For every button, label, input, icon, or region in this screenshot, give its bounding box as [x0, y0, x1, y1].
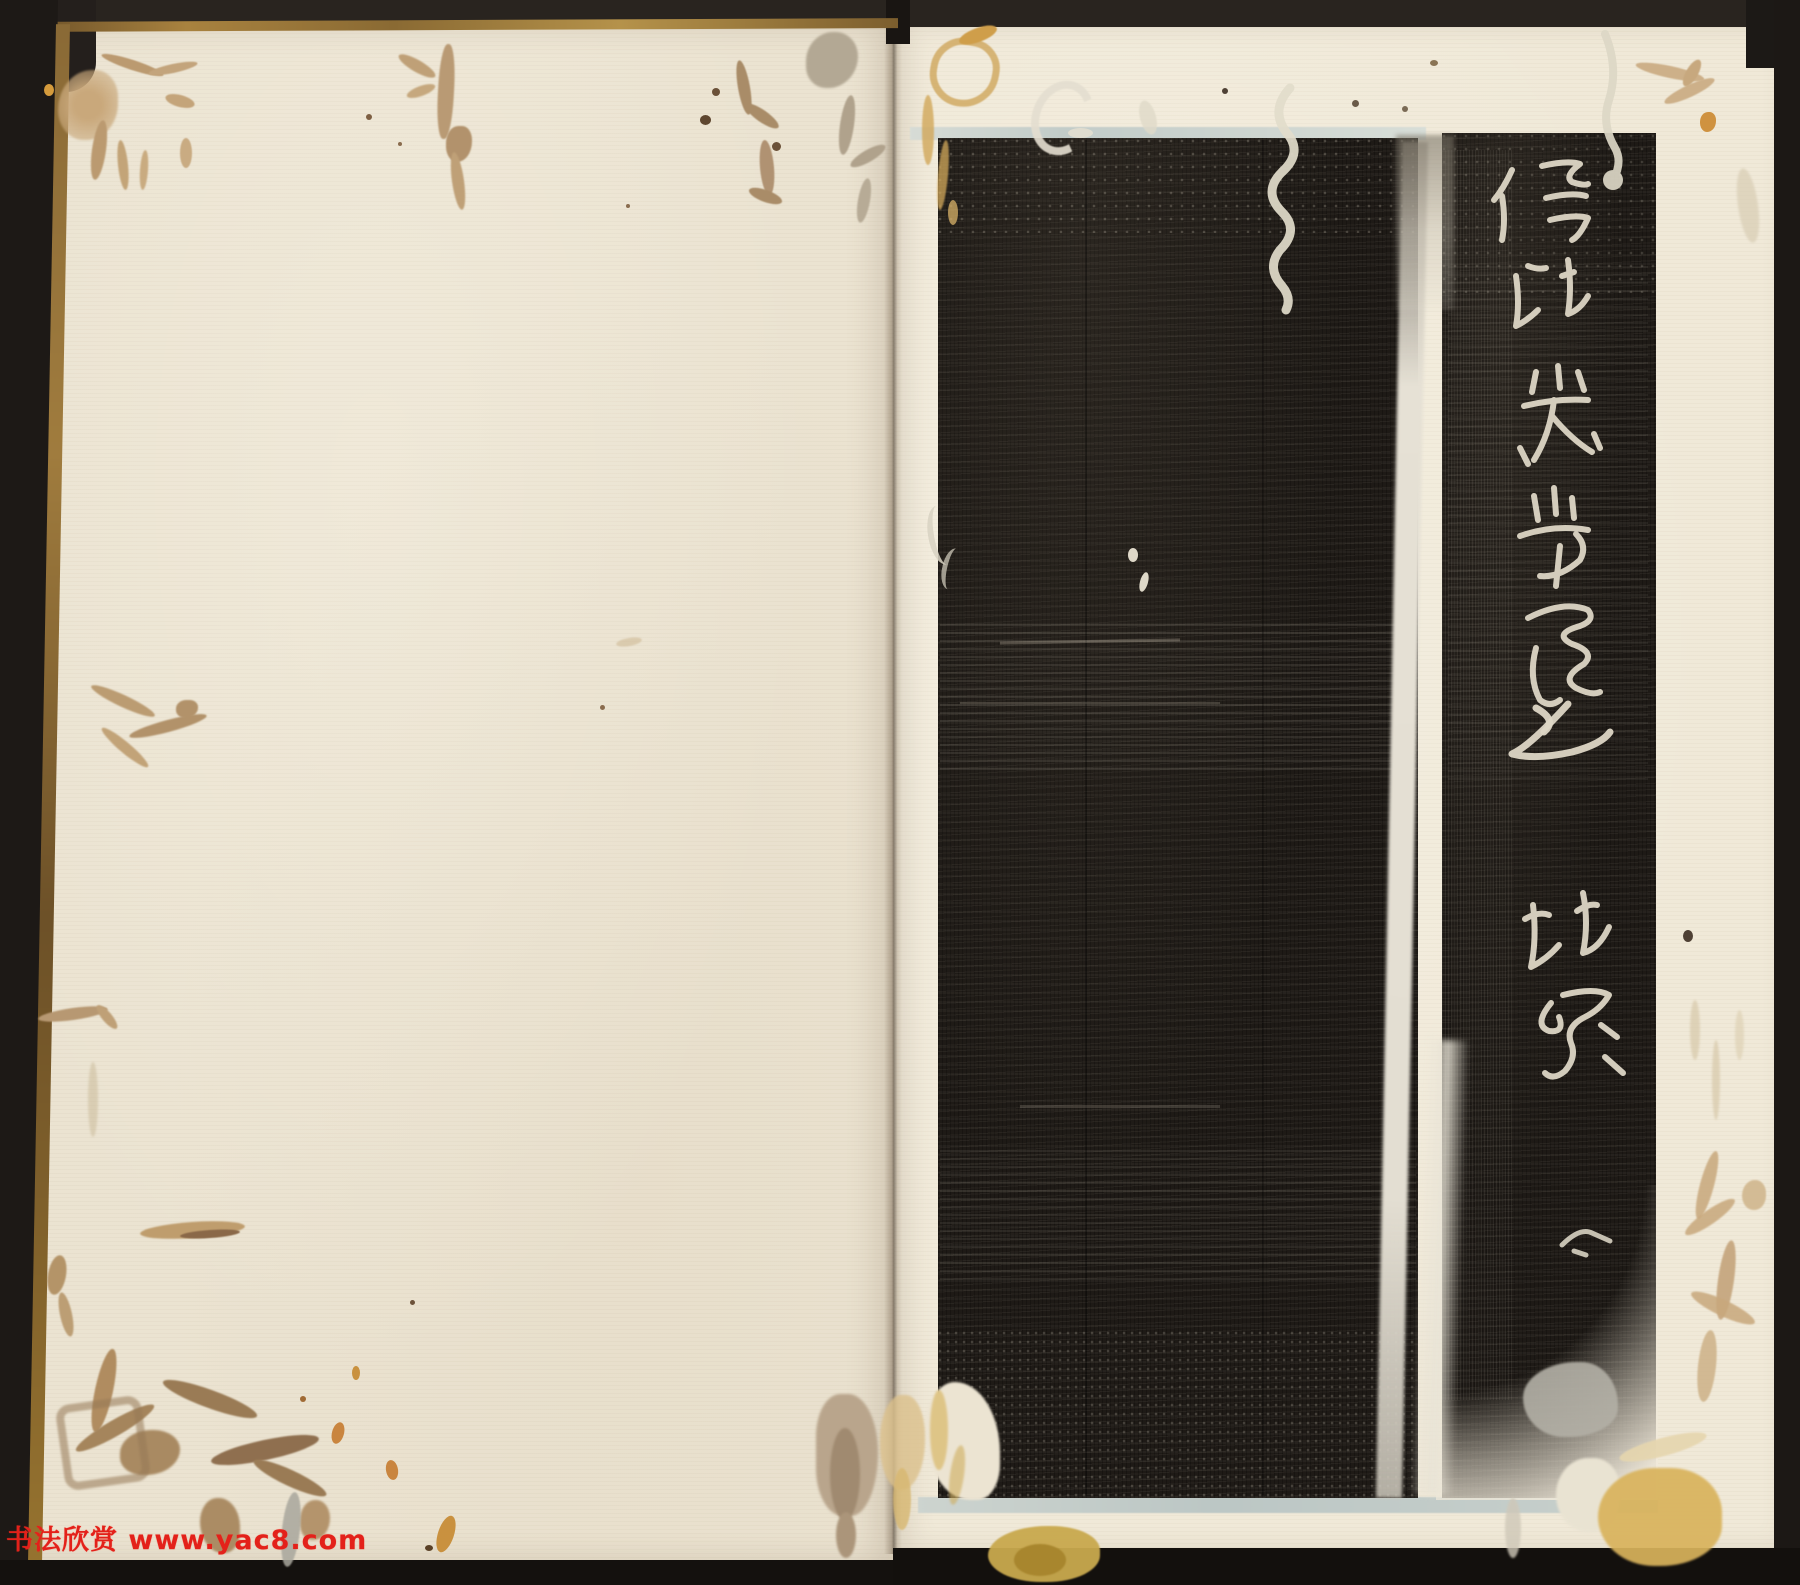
left-page — [30, 26, 894, 1562]
album-scan: 书法欣赏 www.yac8.com 传北岁宁寳之 北家 white cursiv… — [0, 0, 1800, 1585]
ink-rubbing-left-block — [938, 138, 1418, 1498]
bottom-shadow-band-left — [0, 1560, 896, 1585]
bottom-shadow-band-right — [893, 1548, 1800, 1585]
top-shadow-band — [0, 0, 1800, 27]
right-shadow-band — [1774, 0, 1800, 1585]
ink-rubbing-right-band — [1442, 133, 1656, 1498]
